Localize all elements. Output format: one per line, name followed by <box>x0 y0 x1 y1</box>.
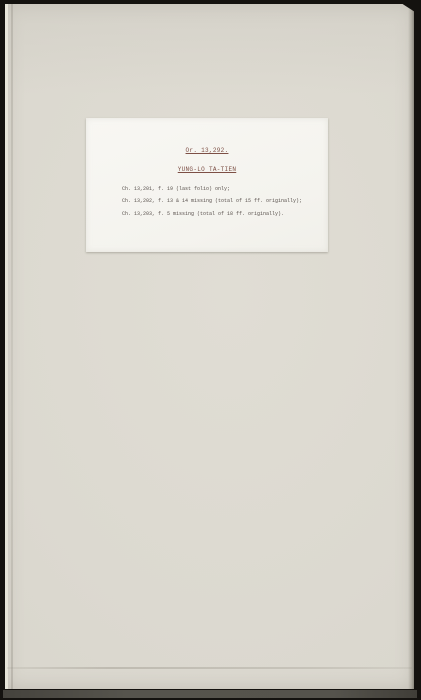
cover-right-edge-shadow <box>408 4 414 689</box>
label-line-chapter-13203: Ch. 13,203, f. 5 missing (total of 18 ff… <box>122 211 284 217</box>
cover-top-right-corner-cut <box>401 3 415 12</box>
cover-left-edge-highlight <box>5 4 8 689</box>
cover-left-crease <box>11 4 13 689</box>
label-line-chapter-13201: Ch. 13,201, f. 19 (last folio) only; <box>122 186 230 192</box>
manuscript-title-heading: YUNG-LO TA-TIEN <box>86 166 328 173</box>
book-cover: Or. 13,292. YUNG-LO TA-TIEN Ch. 13,201, … <box>5 4 414 689</box>
table-surface-strip <box>3 690 417 698</box>
cover-bottom-crease <box>7 667 412 669</box>
photo-background: Or. 13,292. YUNG-LO TA-TIEN Ch. 13,201, … <box>0 0 421 700</box>
shelfmark-heading: Or. 13,292. <box>86 147 328 154</box>
label-line-chapter-13202: Ch. 13,202, f. 13 & 14 missing (total of… <box>122 198 302 204</box>
typed-paper-label: Or. 13,292. YUNG-LO TA-TIEN Ch. 13,201, … <box>86 118 328 252</box>
